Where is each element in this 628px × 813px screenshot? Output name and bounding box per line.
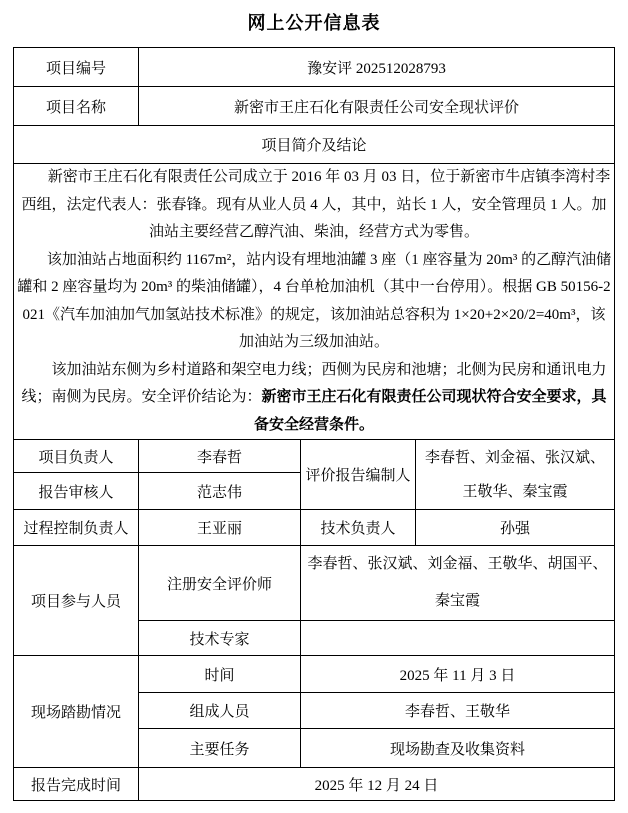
- report-reviewer-value: 范志伟: [139, 473, 301, 510]
- process-control-leader-value: 王亚丽: [139, 510, 301, 546]
- project-name-label: 项目名称: [14, 87, 139, 126]
- project-leader-label: 项目负责人: [14, 440, 139, 473]
- survey-members-value: 李春哲、王敬华: [301, 693, 615, 729]
- survey-time-label: 时间: [139, 656, 301, 693]
- document-page: 网上公开信息表 项目编号 豫安评 202512028793 项目名称 新密市王庄…: [0, 0, 628, 813]
- document-title: 网上公开信息表: [0, 9, 628, 35]
- project-name-value: 新密市王庄石化有限责任公司安全现状评价: [139, 87, 615, 126]
- project-number-row: 项目编号 豫安评 202512028793: [14, 48, 615, 87]
- report-completion-label: 报告完成时间: [14, 768, 139, 801]
- project-leader-value: 李春哲: [139, 440, 301, 473]
- summary-body-row: 新密市王庄石化有限责任公司成立于 2016 年 03 月 03 日，位于新密市牛…: [14, 164, 615, 440]
- survey-members-label: 组成人员: [139, 693, 301, 729]
- project-name-row: 项目名称 新密市王庄石化有限责任公司安全现状评价: [14, 87, 615, 126]
- certified-assessors-row: 项目参与人员 注册安全评价师 李春哲、张汉斌、刘金福、王敬华、胡国平、秦宝霞: [14, 546, 615, 621]
- technical-leader-value: 孙强: [416, 510, 615, 546]
- participants-label: 项目参与人员: [14, 546, 139, 656]
- summary-header-row: 项目简介及结论: [14, 126, 615, 164]
- report-compilers-label: 评价报告编制人: [301, 440, 416, 510]
- project-number-value: 豫安评 202512028793: [139, 48, 615, 87]
- survey-task-label: 主要任务: [139, 729, 301, 768]
- survey-task-value: 现场勘查及收集资料: [301, 729, 615, 768]
- technical-experts-value: [301, 621, 615, 656]
- certified-assessors-value: 李春哲、张汉斌、刘金福、王敬华、胡国平、秦宝霞: [301, 546, 615, 621]
- process-control-leader-label: 过程控制负责人: [14, 510, 139, 546]
- summary-paragraph-3: 该加油站东侧为乡村道路和架空电力线；西侧为民房和池塘；北侧为民房和通讯电力线；南…: [16, 357, 612, 440]
- report-compilers-value: 李春哲、刘金福、张汉斌、王敬华、秦宝霞: [416, 440, 615, 510]
- site-survey-label: 现场踏勘情况: [14, 656, 139, 768]
- summary-conclusion-bold: 新密市王庄石化有限责任公司现状符合安全要求，具备安全经营条件。: [254, 389, 607, 433]
- project-number-label: 项目编号: [14, 48, 139, 87]
- survey-time-row: 现场踏勘情况 时间 2025 年 11 月 3 日: [14, 656, 615, 693]
- technical-leader-label: 技术负责人: [301, 510, 416, 546]
- summary-header: 项目简介及结论: [14, 126, 615, 164]
- report-completion-value: 2025 年 12 月 24 日: [139, 768, 615, 801]
- certified-assessors-label: 注册安全评价师: [139, 546, 301, 621]
- summary-paragraph-1: 新密市王庄石化有限责任公司成立于 2016 年 03 月 03 日，位于新密市牛…: [16, 164, 612, 247]
- public-info-table: 项目编号 豫安评 202512028793 项目名称 新密市王庄石化有限责任公司…: [13, 47, 615, 801]
- process-control-row: 过程控制负责人 王亚丽 技术负责人 孙强: [14, 510, 615, 546]
- summary-body: 新密市王庄石化有限责任公司成立于 2016 年 03 月 03 日，位于新密市牛…: [14, 164, 615, 440]
- survey-time-value: 2025 年 11 月 3 日: [301, 656, 615, 693]
- summary-paragraph-2: 该加油站占地面积约 1167m²，站内设有埋地油罐 3 座（1 座容量为 20m…: [16, 247, 612, 357]
- report-reviewer-label: 报告审核人: [14, 473, 139, 510]
- project-leader-row: 项目负责人 李春哲 评价报告编制人 李春哲、刘金福、张汉斌、王敬华、秦宝霞: [14, 440, 615, 473]
- report-completion-row: 报告完成时间 2025 年 12 月 24 日: [14, 768, 615, 801]
- technical-experts-label: 技术专家: [139, 621, 301, 656]
